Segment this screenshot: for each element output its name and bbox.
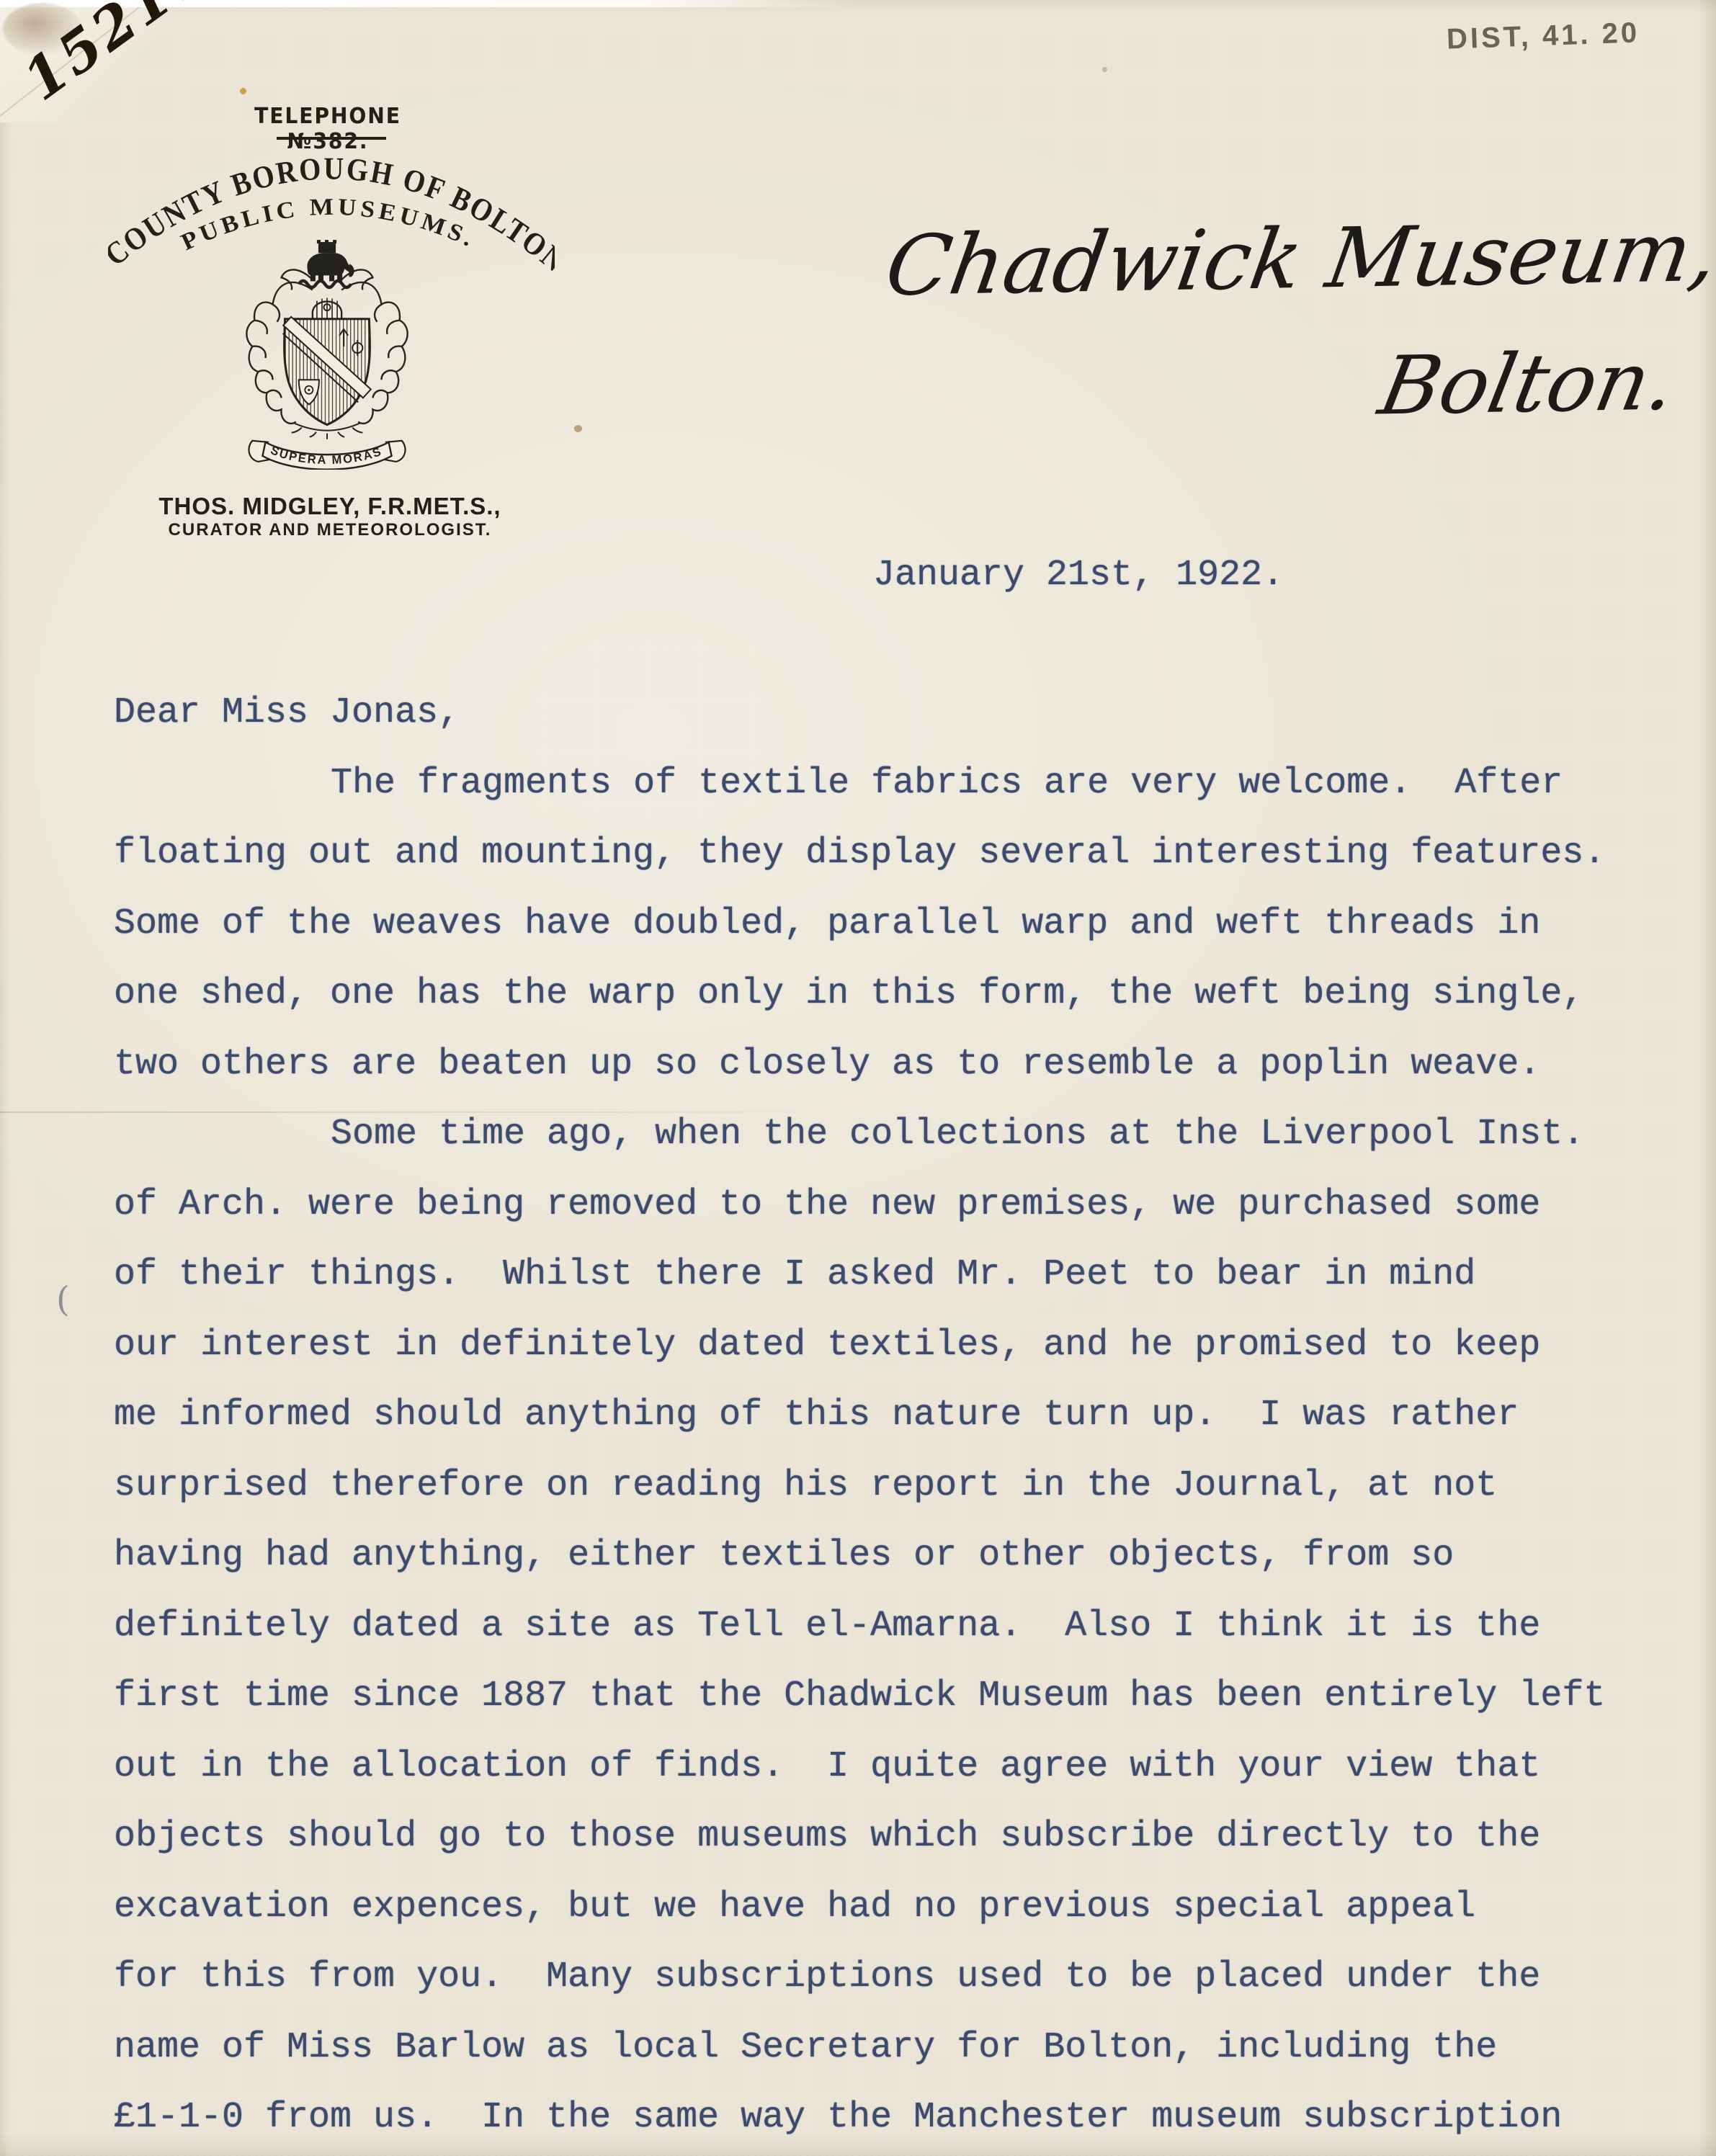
letter-line: me informed should anything of this natu… — [114, 1380, 1648, 1451]
letter-line: for this from you. Many subscriptions us… — [114, 1942, 1648, 2013]
letter-date: January 21st, 1922. — [873, 555, 1284, 596]
letter-line: of Arch. were being removed to the new p… — [114, 1170, 1648, 1240]
letter-body: Dear Miss Jonas,The fragments of textile… — [114, 678, 1648, 2153]
letter-line: name of Miss Barlow as local Secretary f… — [114, 2013, 1648, 2083]
letter-line: our interest in definitely dated textile… — [114, 1310, 1648, 1381]
museum-city-script: Bolton. — [1372, 334, 1684, 433]
paper-speck — [240, 88, 246, 94]
crest-shield — [283, 317, 371, 425]
letter-line: out in the allocation of finds. I quite … — [114, 1732, 1648, 1802]
pencil-archive-note: DIST, 41. 20 — [1446, 17, 1640, 55]
letter-line: The fragments of textile fabrics are ver… — [114, 748, 1648, 819]
scanned-letter-page: 1521. DIST, 41. 20 ( TELEPHONE №382. COU… — [0, 0, 1716, 2156]
letter-line: surprised therefore on reading his repor… — [114, 1451, 1648, 1521]
paper-speck — [574, 425, 582, 432]
letter-line: Some of the weaves have doubled, paralle… — [114, 889, 1648, 960]
letter-line: Dear Miss Jonas, — [114, 678, 1648, 748]
letter-line: definitely dated a site as Tell el-Amarn… — [114, 1591, 1648, 1662]
letter-line: floating out and mounting, they display … — [114, 818, 1648, 889]
museum-name-script: Chadwick Museum, — [880, 204, 1716, 315]
letter-line: two others are beaten up so closely as t… — [114, 1029, 1648, 1100]
letter-line: having had anything, either textiles or … — [114, 1521, 1648, 1591]
curator-title: CURATOR AND METEOROLOGIST. — [121, 520, 539, 540]
letter-line: of their things. Whilst there I asked Mr… — [114, 1240, 1648, 1310]
crest-motto-ribbon: SUPERA MORAS — [249, 441, 405, 470]
letter-line: objects should go to those museums which… — [114, 1802, 1648, 1872]
telephone-underline — [277, 137, 386, 140]
crest-helmet — [313, 298, 341, 321]
letter-line: excavation expences, but we have had no … — [114, 1872, 1648, 1943]
margin-pen-mark: ( — [56, 1279, 70, 1320]
letter-line: first time since 1887 that the Chadwick … — [114, 1661, 1648, 1732]
letter-line: £1-1-0 from us. In the same way the Manc… — [114, 2083, 1648, 2153]
letter-line: Some time ago, when the collections at t… — [114, 1099, 1648, 1170]
bolton-coat-of-arms: SUPERA MORAS — [243, 238, 411, 470]
letter-line: one shed, one has the warp only in this … — [114, 959, 1648, 1029]
paper-speck — [1102, 67, 1107, 72]
curator-name: THOS. MIDGLEY, F.R.MET.S., — [121, 493, 539, 520]
